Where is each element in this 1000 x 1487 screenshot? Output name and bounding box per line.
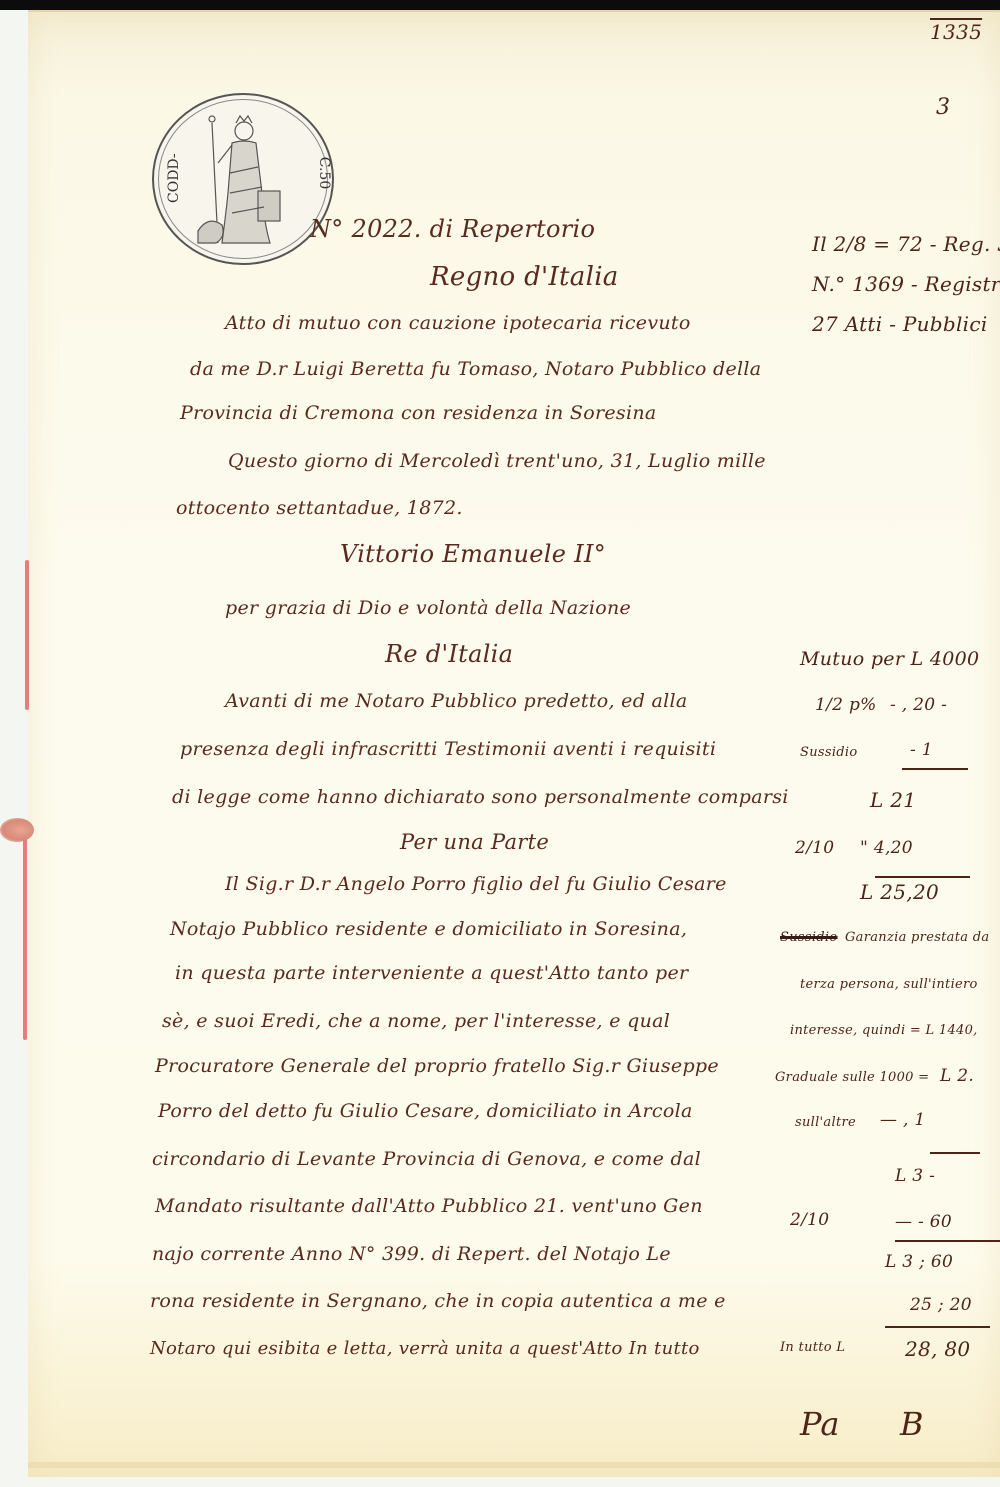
graduated-row-4-value: — - 60 (895, 1212, 952, 1232)
body-line-17: Procuratore Generale del proprio fratell… (155, 1055, 719, 1077)
body-line-21: najo corrente Anno N° 399. di Repert. de… (152, 1243, 671, 1265)
body-line-1: Atto di mutuo con cauzione ipotecaria ri… (225, 312, 691, 334)
graduated-rule-2 (895, 1240, 1000, 1242)
kingdom-heading: Regno d'Italia (430, 262, 619, 292)
stamp-left-text: CODD- (166, 153, 182, 203)
guarantee-note-1: Garanzia prestata da (845, 930, 989, 945)
total-label: In tutto L (780, 1340, 845, 1355)
calc-row-2-label: Sussidio (800, 745, 858, 760)
total-value: 28, 80 (905, 1337, 970, 1361)
body-line-22: rona residente in Sergnano, che in copia… (150, 1290, 726, 1312)
body-line-2: da me D.r Luigi Beretta fu Tomaso, Notar… (190, 358, 761, 380)
body-line-11: di legge come hanno dichiarato sono pers… (172, 786, 789, 808)
body-line-23: Notaro qui esibita e letta, verrà unita … (150, 1338, 700, 1359)
graduated-row-1-value: L 2. (940, 1066, 974, 1086)
party-heading: Per una Parte (400, 830, 549, 854)
struck-word: Sussidio (780, 930, 838, 945)
guarantee-note-3: interesse, quindi = L 1440, (790, 1023, 978, 1038)
calc-row-4-label: 2/10 (795, 838, 834, 858)
calc-row-1-value: - , 20 - (890, 695, 947, 715)
revenue-stamp: CODD- C.50 (152, 93, 334, 265)
graduated-row-6-value: 25 ; 20 (910, 1295, 972, 1315)
stamp-right-text: C.50 (316, 157, 332, 189)
corner-number-bottom: 3 (936, 95, 950, 120)
calc-row-4-value: " 4,20 (860, 838, 913, 858)
king-title: Re d'Italia (385, 640, 513, 668)
graduated-rule-1 (930, 1152, 980, 1154)
calc-row-1-label: 1/2 p% (815, 695, 877, 715)
graduated-row-1-label: Graduale sulle 1000 = (775, 1070, 929, 1085)
body-line-13: Il Sig.r D.r Angelo Porro figlio del fu … (225, 873, 727, 895)
registration-line-1: Il 2/8 = 72 - Reg. 3 (812, 232, 1000, 256)
calc-row-2-value: - 1 (910, 740, 933, 760)
graduated-row-2-label: sull'altre (795, 1115, 856, 1130)
body-line-4: Questo giorno di Mercoledì trent'uno, 31… (228, 450, 766, 472)
king-name: Vittorio Emanuele II° (340, 540, 606, 568)
guarantee-note-2: terza persona, sull'intiero (800, 977, 978, 992)
binding-tassel (0, 818, 34, 842)
scan-top-border (0, 0, 1000, 10)
calc-row-5-value: L 25,20 (860, 880, 939, 904)
calc-rule-2 (875, 876, 970, 878)
loan-amount-heading: Mutuo per L 4000 (800, 648, 979, 670)
italia-figure-icon (192, 103, 292, 253)
corner-number-top: 1335 (930, 20, 982, 44)
calc-row-3-value: L 21 (870, 788, 916, 812)
graduated-rule-3 (885, 1326, 990, 1328)
repertorio-number: N° 2022. di Repertorio (310, 215, 595, 243)
graduated-row-5-value: L 3 ; 60 (885, 1252, 953, 1272)
graduated-row-3-value: L 3 - (895, 1166, 935, 1186)
body-line-16: sè, e suoi Eredi, che a nome, per l'inte… (162, 1010, 670, 1032)
body-line-5: ottocento settantadue, 1872. (176, 497, 463, 519)
signature-initial-left: Pa (800, 1405, 840, 1443)
body-line-3: Provincia di Cremona con residenza in So… (180, 402, 657, 424)
calc-rule-1 (902, 768, 968, 770)
body-line-19: circondario di Levante Provincia di Geno… (152, 1148, 701, 1170)
body-line-18: Porro del detto fu Giulio Cesare, domici… (158, 1100, 693, 1122)
body-line-7: per grazia di Dio e volontà della Nazion… (225, 597, 631, 619)
body-line-14: Notajo Pubblico residente e domiciliato … (170, 918, 687, 940)
body-line-15: in questa parte interveniente a quest'At… (175, 962, 688, 984)
signature-initial-right: B (900, 1405, 924, 1443)
graduated-row-4-label: 2/10 (790, 1210, 829, 1230)
body-line-20: Mandato risultante dall'Atto Pubblico 21… (155, 1195, 703, 1217)
graduated-row-2-value: — , 1 (880, 1110, 926, 1130)
body-line-10: presenza degli infrascritti Testimonii a… (180, 738, 716, 760)
paper-bottom-edge (28, 1462, 1000, 1468)
binding-thread-upper (25, 560, 29, 710)
binding-thread-lower (23, 830, 27, 1040)
registration-line-3: 27 Atti - Pubblici (812, 312, 988, 336)
body-line-9: Avanti di me Notaro Pubblico predetto, e… (225, 690, 688, 712)
registration-line-2: N.° 1369 - Registro (812, 272, 1000, 296)
